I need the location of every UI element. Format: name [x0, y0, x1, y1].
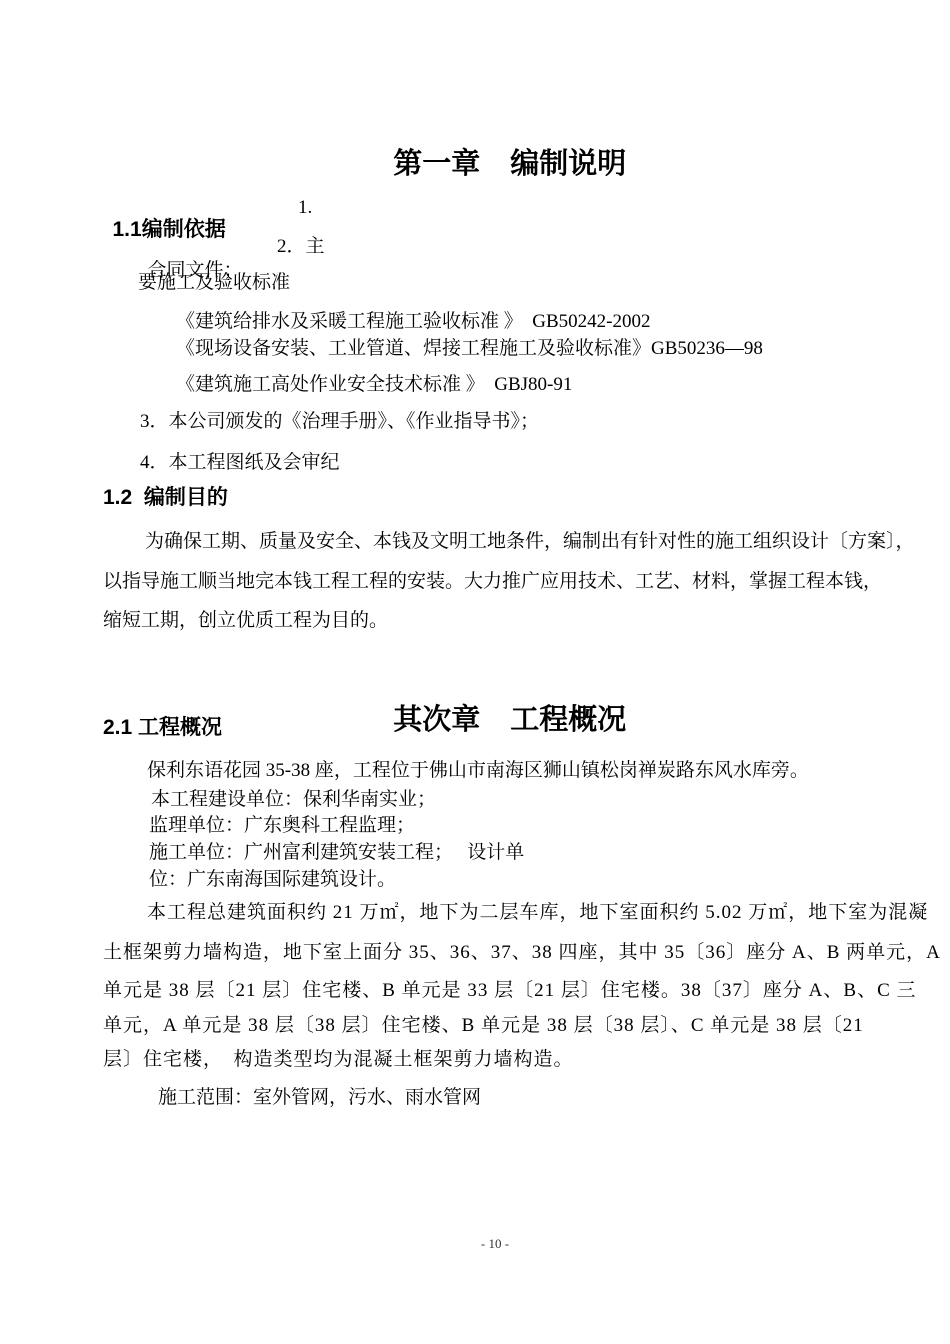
purpose-paragraph-line: 以指导施工顺当地完本钱工程工程的安装。大力推广应用技术、工艺、材料，掌握工程本钱… [103, 570, 882, 594]
project-overview-line: 本工程建设单位：保利华南实业； [151, 788, 436, 812]
page-number: - 10 - [0, 1236, 950, 1252]
standard-item: 《现场设备安装、工业管道、焊接工程施工及验收标准》GB50236—98 [176, 337, 763, 361]
chapter1-title: 第一章编制说明 [0, 110, 950, 182]
building-description-line: 本工程总建筑面积约 21 万㎡，地下为二层车库，地下室面积约 5.02 万㎡，地… [147, 901, 928, 925]
project-overview-line: 位：广东南海国际建筑设计。 [149, 868, 396, 892]
section-2-1-heading: 2.1 工程概况 [103, 715, 222, 741]
document-page: { "c1": { "title": { "num": "第一章", "text… [0, 0, 950, 1344]
basis-list-item: 4．本工程图纸及会审纪 [140, 451, 340, 475]
standard-item: 《建筑施工高处作业安全技术标准 》 GBJ80-91 [176, 373, 572, 397]
building-description-line: 单元是 38 层〔21 层〕住宅楼、B 单元是 33 层〔21 层〕住宅楼。38… [103, 979, 917, 1003]
project-overview-line: 施工单位：广州富利建筑安装工程； 设计单 [149, 841, 524, 865]
section-1-1-heading-tail: 1. [298, 196, 312, 220]
project-overview-line: 监理单位：广东奥科工程监理； [149, 814, 415, 838]
standard-item: 《建筑给排水及采暖工程施工验收标准 》 GB50242-2002 [176, 310, 650, 334]
purpose-paragraph-line: 为确保工期、质量及安全、本钱及文明工地条件，编制出有针对性的施工组织设计〔方案〕… [145, 530, 915, 554]
construction-scope-line: 施工范围：室外管网，污水、雨水管网 [158, 1086, 481, 1110]
section-1-2-heading: 1.2 编制目的 [103, 485, 228, 511]
chapter2-title-text: 工程概况 [510, 704, 626, 736]
building-description-line: 单元，A 单元是 38 层〔38 层〕住宅楼、B 单元是 38 层〔38 层〕、… [103, 1014, 864, 1038]
chapter1-title-number: 第一章 [393, 148, 480, 180]
chapter2-title-number: 其次章 [393, 704, 480, 736]
standards-intro-line: 要施工及验收标准 [138, 271, 290, 295]
basis-list-item: 3．本公司颁发的《治理手册》、《作业指导书》； [140, 410, 539, 434]
building-description-line: 层〕住宅楼， 构造类型均为混凝土框架剪力墙构造。 [103, 1048, 574, 1072]
building-description-line: 土框架剪力墙构造，地下室上面分 35、36、37、38 四座，其中 35〔36〕… [103, 941, 941, 965]
chapter1-title-text: 编制说明 [510, 148, 626, 180]
contract-tail: 2．主 [277, 235, 325, 259]
project-overview-line: 保利东语花园 35-38 座，工程位于佛山市南海区狮山镇松岗禅炭路东风水库旁。 [147, 759, 809, 783]
purpose-paragraph-line: 缩短工期，创立优质工程为目的。 [103, 609, 388, 633]
